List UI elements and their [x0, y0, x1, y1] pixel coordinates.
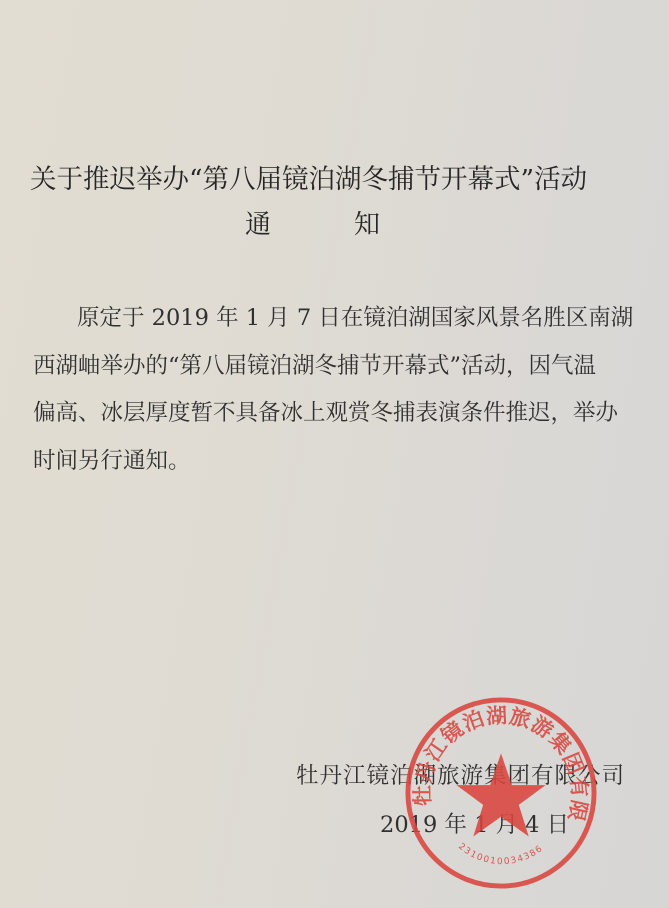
seal-number: 2310010034386	[456, 842, 545, 867]
body-line: 时间另行通知。	[33, 438, 653, 486]
notice-document: 关于推迟举办“第八届镜泊湖冬捕节开幕式”活动 通 知 原定于 2019 年 1 …	[0, 0, 669, 908]
subtitle-char-1: 通	[245, 204, 271, 241]
body-line: 原定于 2019 年 1 月 7 日在镜泊湖国家风景名胜区南湖	[33, 295, 653, 343]
body-line: 西湖岫举办的“第八届镜泊湖冬捕节开幕式”活动，因气温	[33, 343, 653, 391]
svg-text:2310010034386: 2310010034386	[456, 842, 545, 867]
signature-organization: 牡丹江镜泊湖旅游集团有限公司	[296, 758, 625, 790]
signature-date: 2019 年 1 月 4 日	[380, 807, 569, 839]
notice-body: 原定于 2019 年 1 月 7 日在镜泊湖国家风景名胜区南湖 西湖岫举办的“第…	[33, 295, 653, 485]
official-seal-icon: 牡丹江镜泊湖旅游集团有限公司 2310010034386	[402, 694, 600, 892]
notice-title: 关于推迟举办“第八届镜泊湖冬捕节开幕式”活动	[30, 157, 650, 196]
body-line: 偏高、冰层厚度暂不具备冰上观赏冬捕表演条件推迟，举办	[33, 390, 653, 438]
subtitle-char-2: 知	[354, 204, 380, 241]
